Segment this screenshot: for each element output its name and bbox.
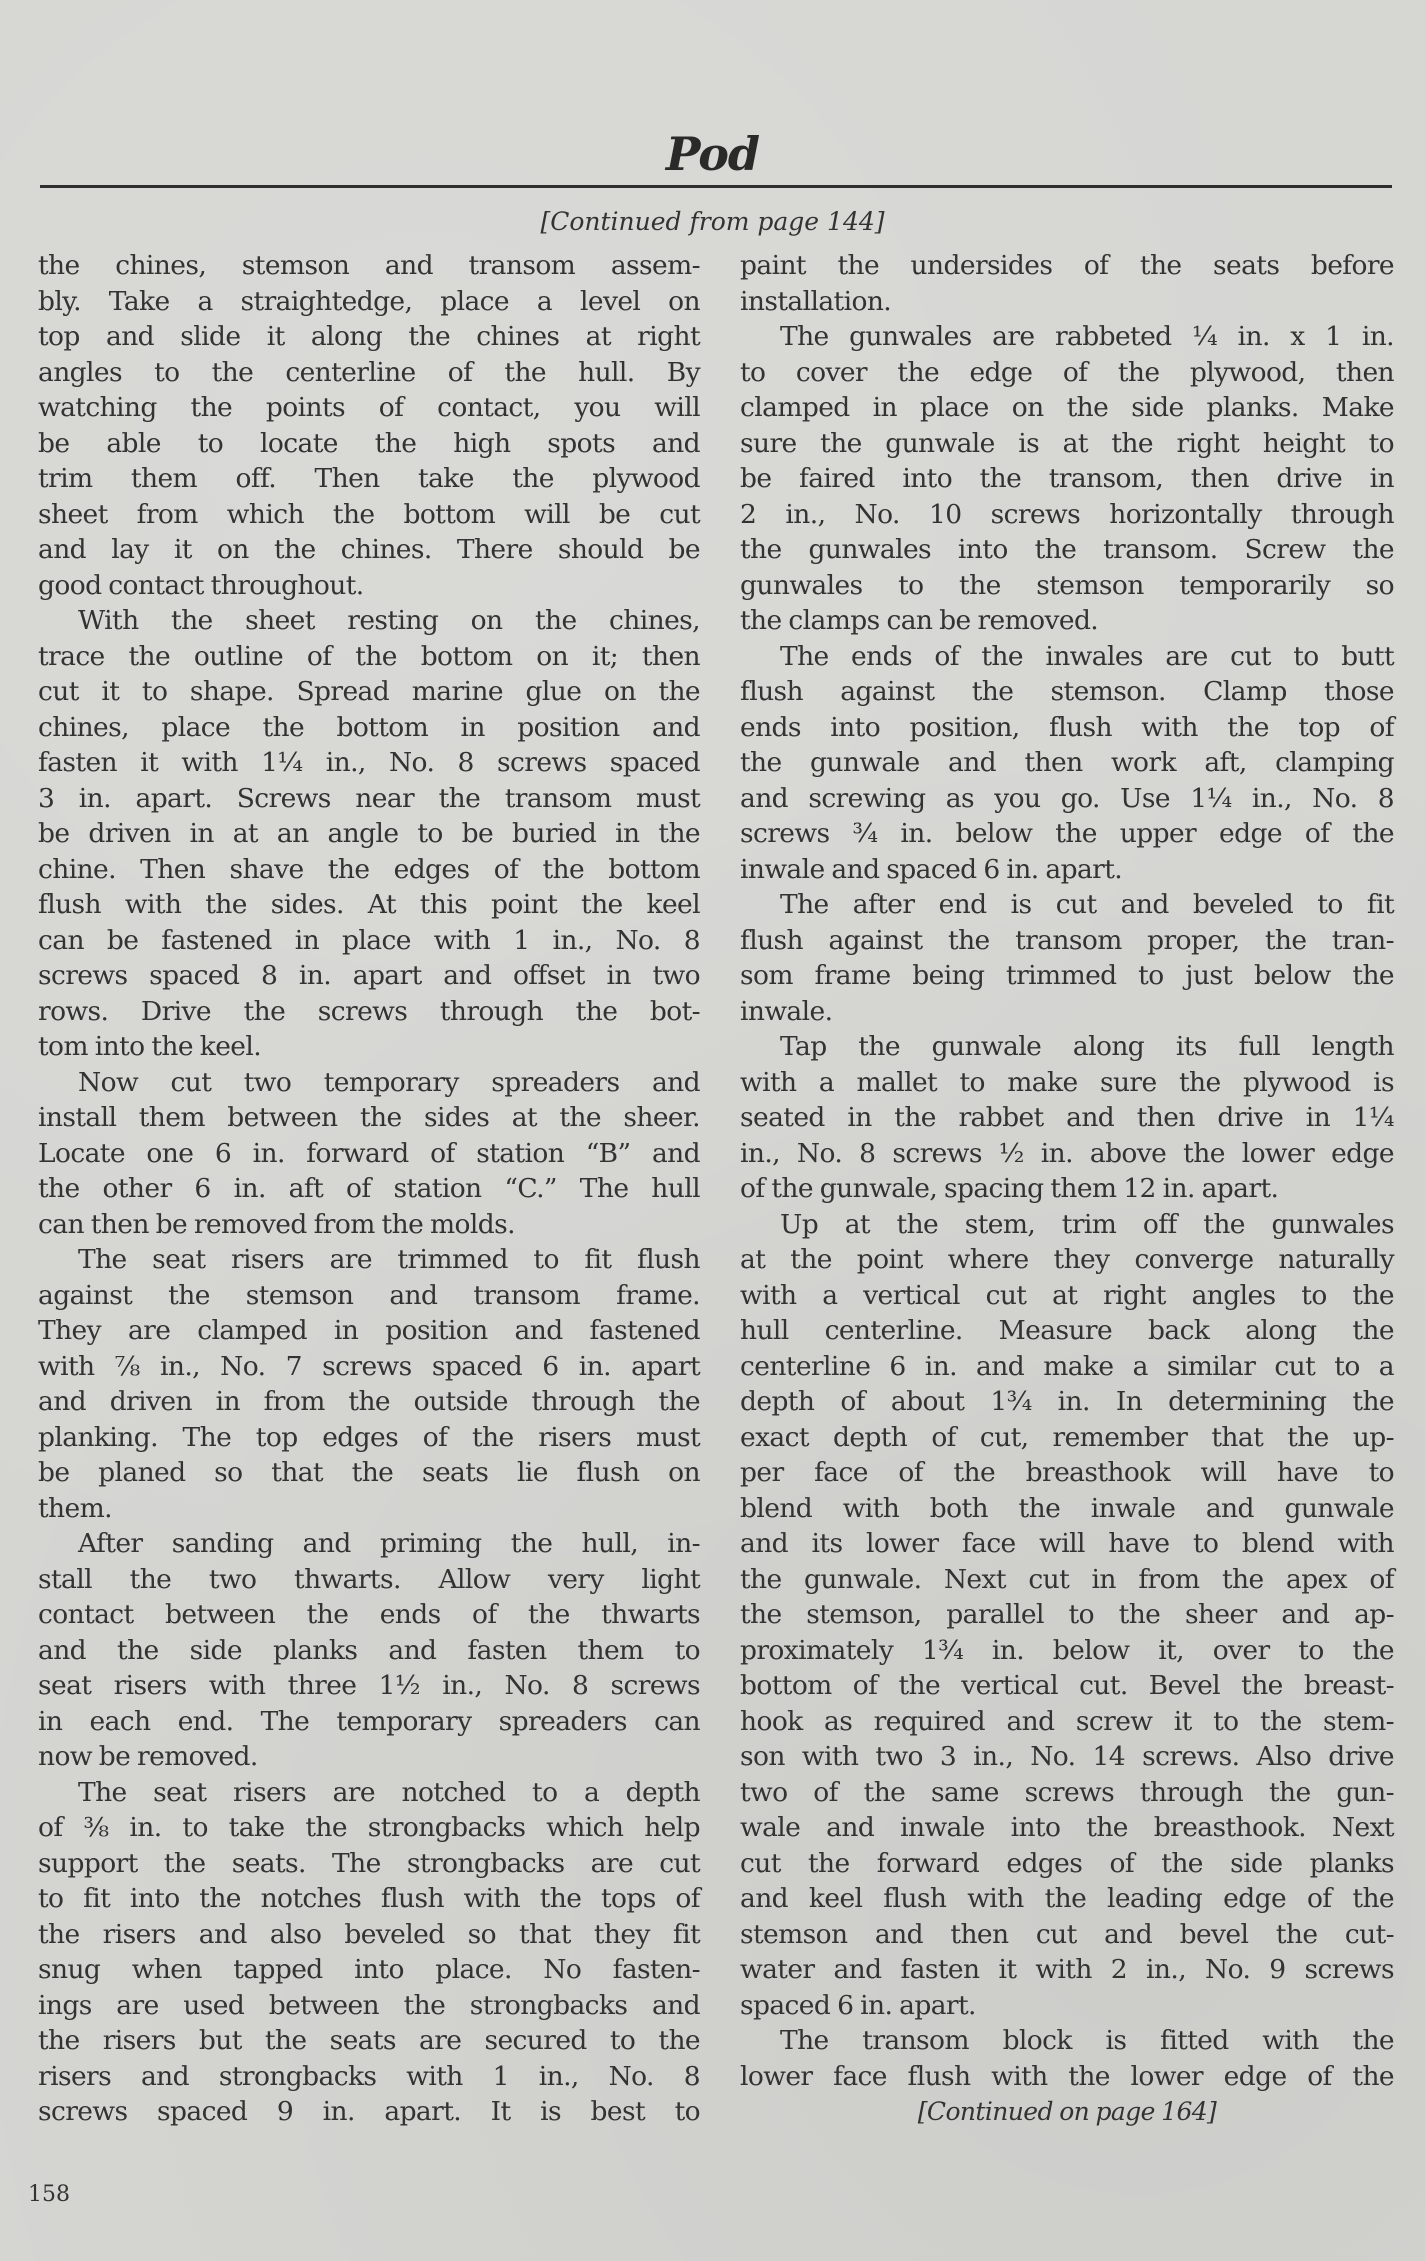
- text-line: water and fasten it with 2 in., No. 9 sc…: [740, 1952, 1394, 1988]
- text-line: the gunwale. Next cut in from the apex o…: [740, 1562, 1394, 1598]
- text-line: the risers and also beveled so that they…: [38, 1917, 700, 1953]
- text-line: be faired into the transom, then drive i…: [740, 461, 1394, 497]
- paragraph: Up at the stem, trim off the gunwalesat …: [740, 1207, 1394, 2024]
- text-line: installation.: [740, 284, 1394, 320]
- paragraph: The seat risers are notched to a depthof…: [38, 1775, 700, 2130]
- text-line: two of the same screws through the gun-: [740, 1775, 1394, 1811]
- text-line: per face of the breasthook will have to: [740, 1455, 1394, 1491]
- text-line: angles to the centerline of the hull. By: [38, 355, 700, 391]
- paragraph: the chines, stemson and transom assem-bl…: [38, 248, 700, 603]
- text-line: the risers but the seats are secured to …: [38, 2023, 700, 2059]
- text-line: planking. The top edges of the risers mu…: [38, 1420, 700, 1456]
- continued-on-note: [Continued on page 164]: [740, 2094, 1394, 2130]
- text-line: to fit into the notches flush with the t…: [38, 1881, 700, 1917]
- text-line: rows. Drive the screws through the bot-: [38, 994, 700, 1030]
- text-line: be planed so that the seats lie flush on: [38, 1455, 700, 1491]
- title-rule: [40, 185, 1392, 188]
- text-line: contact between the ends of the thwarts: [38, 1597, 700, 1633]
- text-line: exact depth of cut, remember that the up…: [740, 1420, 1394, 1456]
- text-line: and its lower face will have to blend wi…: [740, 1526, 1394, 1562]
- text-line: flush against the transom proper, the tr…: [740, 923, 1394, 959]
- text-line: trace the outline of the bottom on it; t…: [38, 639, 700, 675]
- text-line: the stemson, parallel to the sheer and a…: [740, 1597, 1394, 1633]
- text-line: the other 6 in. aft of station “C.” The …: [38, 1171, 700, 1207]
- text-line: risers and strongbacks with 1 in., No. 8: [38, 2059, 700, 2095]
- text-line: They are clamped in position and fastene…: [38, 1313, 700, 1349]
- left-column: the chines, stemson and transom assem-bl…: [38, 248, 700, 2130]
- text-line: fasten it with 1¼ in., No. 8 screws spac…: [38, 745, 700, 781]
- text-line: can be fastened in place with 1 in., No.…: [38, 923, 700, 959]
- text-line: support the seats. The strongbacks are c…: [38, 1846, 700, 1882]
- paragraph: The ends of the inwales are cut to buttf…: [740, 639, 1394, 888]
- text-line: them.: [38, 1491, 700, 1527]
- text-line: son with two 3 in., No. 14 screws. Also …: [740, 1739, 1394, 1775]
- text-line: The transom block is fitted with the: [740, 2023, 1394, 2059]
- right-column: paint the undersides of the seats before…: [740, 248, 1394, 2130]
- text-line: good contact throughout.: [38, 568, 700, 604]
- text-line: be able to locate the high spots and: [38, 426, 700, 462]
- text-line: and screwing as you go. Use 1¼ in., No. …: [740, 781, 1394, 817]
- text-line: inwale and spaced 6 in. apart.: [740, 852, 1394, 888]
- text-line: sheet from which the bottom will be cut: [38, 497, 700, 533]
- text-line: wale and inwale into the breasthook. Nex…: [740, 1810, 1394, 1846]
- text-line: ings are used between the strongbacks an…: [38, 1988, 700, 2024]
- text-line: flush against the stemson. Clamp those: [740, 674, 1394, 710]
- paragraph: The seat risers are trimmed to fit flush…: [38, 1242, 700, 1526]
- text-line: proximately 1¾ in. below it, over to the: [740, 1633, 1394, 1669]
- text-line: The seat risers are notched to a depth: [38, 1775, 700, 1811]
- text-line: watching the points of contact, you will: [38, 390, 700, 426]
- text-line: clamped in place on the side planks. Mak…: [740, 390, 1394, 426]
- text-line: snug when tapped into place. No fasten-: [38, 1952, 700, 1988]
- text-line: flush with the sides. At this point the …: [38, 887, 700, 923]
- text-line: som frame being trimmed to just below th…: [740, 958, 1394, 994]
- text-line: After sanding and priming the hull, in-: [38, 1526, 700, 1562]
- text-line: depth of about 1¾ in. In determining the: [740, 1384, 1394, 1420]
- paragraph: The after end is cut and beveled to fitf…: [740, 887, 1394, 1029]
- text-line: cut it to shape. Spread marine glue on t…: [38, 674, 700, 710]
- text-line: and the side planks and fasten them to: [38, 1633, 700, 1669]
- text-line: with ⅞ in., No. 7 screws spaced 6 in. ap…: [38, 1349, 700, 1385]
- page-number: 158: [28, 2180, 70, 2210]
- text-line: Tap the gunwale along its full length: [740, 1029, 1394, 1065]
- text-line: bly. Take a straightedge, place a level …: [38, 284, 700, 320]
- text-line: the gunwales into the transom. Screw the: [740, 532, 1394, 568]
- text-line: with a mallet to make sure the plywood i…: [740, 1065, 1394, 1101]
- text-line: seat risers with three 1½ in., No. 8 scr…: [38, 1668, 700, 1704]
- text-line: paint the undersides of the seats before: [740, 248, 1394, 284]
- text-line: cut the forward edges of the side planks: [740, 1846, 1394, 1882]
- text-line: hook as required and screw it to the ste…: [740, 1704, 1394, 1740]
- text-line: stemson and then cut and bevel the cut-: [740, 1917, 1394, 1953]
- text-line: gunwales to the stemson temporarily so: [740, 568, 1394, 604]
- text-line: The ends of the inwales are cut to butt: [740, 639, 1394, 675]
- text-line: screws spaced 8 in. apart and offset in …: [38, 958, 700, 994]
- text-line: seated in the rabbet and then drive in 1…: [740, 1100, 1394, 1136]
- text-line: ends into position, flush with the top o…: [740, 710, 1394, 746]
- text-line: the chines, stemson and transom assem-: [38, 248, 700, 284]
- text-line: the gunwale and then work aft, clamping: [740, 745, 1394, 781]
- text-line: spaced 6 in. apart.: [740, 1988, 1394, 2024]
- text-line: can then be removed from the molds.: [38, 1207, 700, 1243]
- text-line: screws ¾ in. below the upper edge of the: [740, 816, 1394, 852]
- text-line: trim them off. Then take the plywood: [38, 461, 700, 497]
- text-line: blend with both the inwale and gunwale: [740, 1491, 1394, 1527]
- text-line: and driven in from the outside through t…: [38, 1384, 700, 1420]
- paragraph: Tap the gunwale along its full lengthwit…: [740, 1029, 1394, 1207]
- text-line: The seat risers are trimmed to fit flush: [38, 1242, 700, 1278]
- text-line: chine. Then shave the edges of the botto…: [38, 852, 700, 888]
- paragraph: The gunwales are rabbeted ¼ in. x 1 in.t…: [740, 319, 1394, 639]
- text-line: tom into the keel.: [38, 1029, 700, 1065]
- text-line: and lay it on the chines. There should b…: [38, 532, 700, 568]
- text-line: 3 in. apart. Screws near the transom mus…: [38, 781, 700, 817]
- text-line: inwale.: [740, 994, 1394, 1030]
- text-line: in., No. 8 screws ½ in. above the lower …: [740, 1136, 1394, 1172]
- text-line: now be removed.: [38, 1739, 700, 1775]
- text-line: centerline 6 in. and make a similar cut …: [740, 1349, 1394, 1385]
- text-line: lower face flush with the lower edge of …: [740, 2059, 1394, 2095]
- text-line: of ⅜ in. to take the strongbacks which h…: [38, 1810, 700, 1846]
- text-line: be driven in at an angle to be buried in…: [38, 816, 700, 852]
- text-line: and keel flush with the leading edge of …: [740, 1881, 1394, 1917]
- paragraph: The transom block is fitted with thelowe…: [740, 2023, 1394, 2094]
- text-line: The after end is cut and beveled to fit: [740, 887, 1394, 923]
- text-line: the clamps can be removed.: [740, 603, 1394, 639]
- text-line: to cover the edge of the plywood, then: [740, 355, 1394, 391]
- paragraph: paint the undersides of the seats before…: [740, 248, 1394, 319]
- text-line: sure the gunwale is at the right height …: [740, 426, 1394, 462]
- text-line: 2 in., No. 10 screws horizontally throug…: [740, 497, 1394, 533]
- text-line: bottom of the vertical cut. Bevel the br…: [740, 1668, 1394, 1704]
- text-line: Locate one 6 in. forward of station “B” …: [38, 1136, 700, 1172]
- text-line: Now cut two temporary spreaders and: [38, 1065, 700, 1101]
- text-line: hull centerline. Measure back along the: [740, 1313, 1394, 1349]
- paragraph: Now cut two temporary spreaders andinsta…: [38, 1065, 700, 1243]
- text-line: install them between the sides at the sh…: [38, 1100, 700, 1136]
- text-line: chines, place the bottom in position and: [38, 710, 700, 746]
- paragraph: With the sheet resting on the chines,tra…: [38, 603, 700, 1065]
- text-line: top and slide it along the chines at rig…: [38, 319, 700, 355]
- text-line: The gunwales are rabbeted ¼ in. x 1 in.: [740, 319, 1394, 355]
- text-line: With the sheet resting on the chines,: [38, 603, 700, 639]
- text-line: of the gunwale, spacing them 12 in. apar…: [740, 1171, 1394, 1207]
- text-line: with a vertical cut at right angles to t…: [740, 1278, 1394, 1314]
- text-line: Up at the stem, trim off the gunwales: [740, 1207, 1394, 1243]
- continued-from-note: [Continued from page 144]: [0, 204, 1425, 240]
- text-line: stall the two thwarts. Allow very light: [38, 1562, 700, 1598]
- text-line: against the stemson and transom frame.: [38, 1278, 700, 1314]
- text-line: in each end. The temporary spreaders can: [38, 1704, 700, 1740]
- text-line: at the point where they converge natural…: [740, 1242, 1394, 1278]
- text-line: screws spaced 9 in. apart. It is best to: [38, 2094, 700, 2130]
- article-title: Pod: [0, 128, 1425, 180]
- paragraph: After sanding and priming the hull, in-s…: [38, 1526, 700, 1775]
